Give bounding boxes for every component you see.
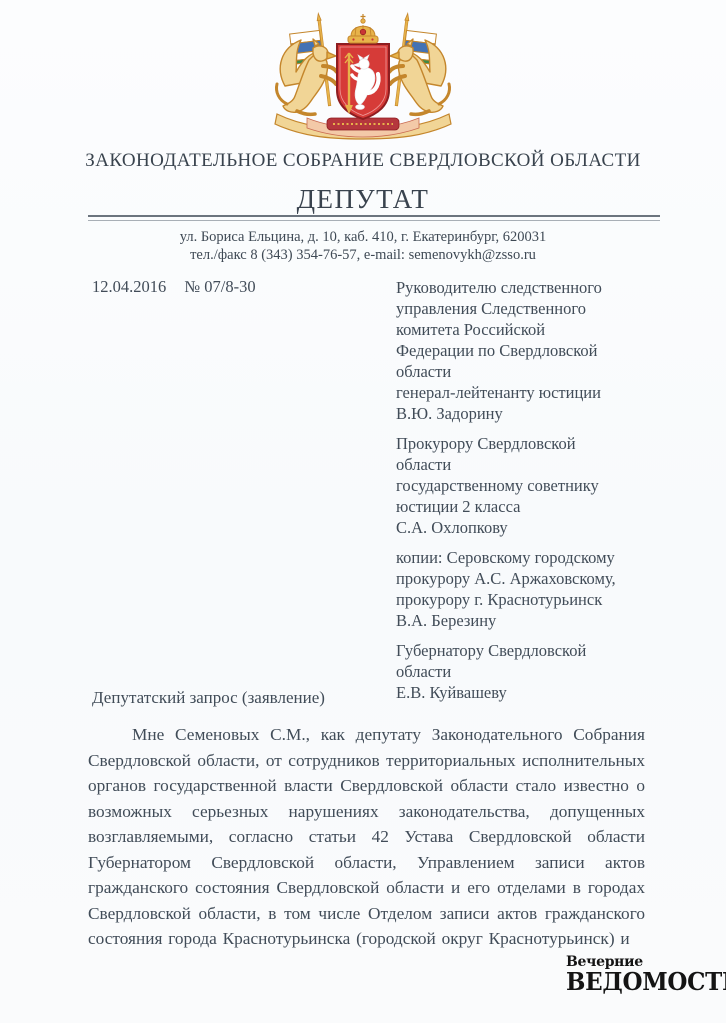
org-address: ул. Бориса Ельцина, д. 10, каб. 410, г. …	[0, 229, 726, 246]
reference-row: 12.04.2016 № 07/8-30	[92, 277, 256, 297]
recipient-line: С.А. Охлопкову	[396, 517, 666, 538]
recipient-line: копии: Серовскому городскому	[396, 547, 666, 568]
org-contacts: тел./факс 8 (343) 354-76-57, e-mail: sem…	[0, 247, 726, 264]
watermark-line2: ВЕДОМОСТИ	[566, 970, 726, 994]
sverdlovsk-coat-of-arms-icon	[247, 8, 479, 145]
document-number: № 07/8-30	[184, 277, 255, 296]
vedomosti-watermark-logo: Вечерние ВЕДОМОСТИ	[566, 955, 726, 993]
recipient-line: области	[396, 661, 666, 682]
recipient-line: Прокурору Свердловской	[396, 433, 666, 454]
recipient-line: государственному советнику	[396, 475, 666, 496]
recipient-line: юстиции 2 класса	[396, 496, 666, 517]
recipient-investigative-committee: Руководителю следственного управления Сл…	[396, 277, 666, 424]
recipient-line: области	[396, 361, 666, 382]
scanned-letter-page: ЗАКОНОДАТЕЛЬНОЕ СОБРАНИЕ СВЕРДЛОВСКОЙ ОБ…	[0, 0, 726, 1023]
role-title: ДЕПУТАТ	[0, 184, 726, 215]
recipient-line: В.А. Березину	[396, 610, 666, 631]
recipient-prosecutor-oblast: Прокурору Свердловской области государст…	[396, 433, 666, 538]
recipient-line: Е.В. Куйвашеву	[396, 682, 666, 703]
recipient-line: генерал-лейтенанту юстиции	[396, 382, 666, 403]
recipient-line: прокурору А.С. Аржаховскому,	[396, 568, 666, 589]
recipients-block: Руководителю следственного управления Сл…	[396, 277, 666, 712]
recipient-line: Руководителю следственного	[396, 277, 666, 298]
letterhead-divider	[88, 215, 660, 221]
document-date: 12.04.2016	[92, 277, 166, 296]
recipient-line: Губернатору Свердловской	[396, 640, 666, 661]
body-paragraph: Мне Семеновых С.М., как депутату Законод…	[88, 722, 645, 952]
org-title: ЗАКОНОДАТЕЛЬНОЕ СОБРАНИЕ СВЕРДЛОВСКОЙ ОБ…	[0, 150, 726, 172]
recipient-governor: Губернатору Свердловской области Е.В. Ку…	[396, 640, 666, 703]
recipient-line: Федерации по Свердловской	[396, 340, 666, 361]
recipient-line: комитета Российской	[396, 319, 666, 340]
recipient-line: области	[396, 454, 666, 475]
subject-line: Депутатский запрос (заявление)	[92, 688, 325, 708]
recipient-line: В.Ю. Задорину	[396, 403, 666, 424]
watermark-line1: Вечерние	[566, 955, 726, 969]
recipient-line: прокурору г. Краснотурьинск	[396, 589, 666, 610]
recipient-copies: копии: Серовскому городскому прокурору А…	[396, 547, 666, 631]
recipient-line: управления Следственного	[396, 298, 666, 319]
